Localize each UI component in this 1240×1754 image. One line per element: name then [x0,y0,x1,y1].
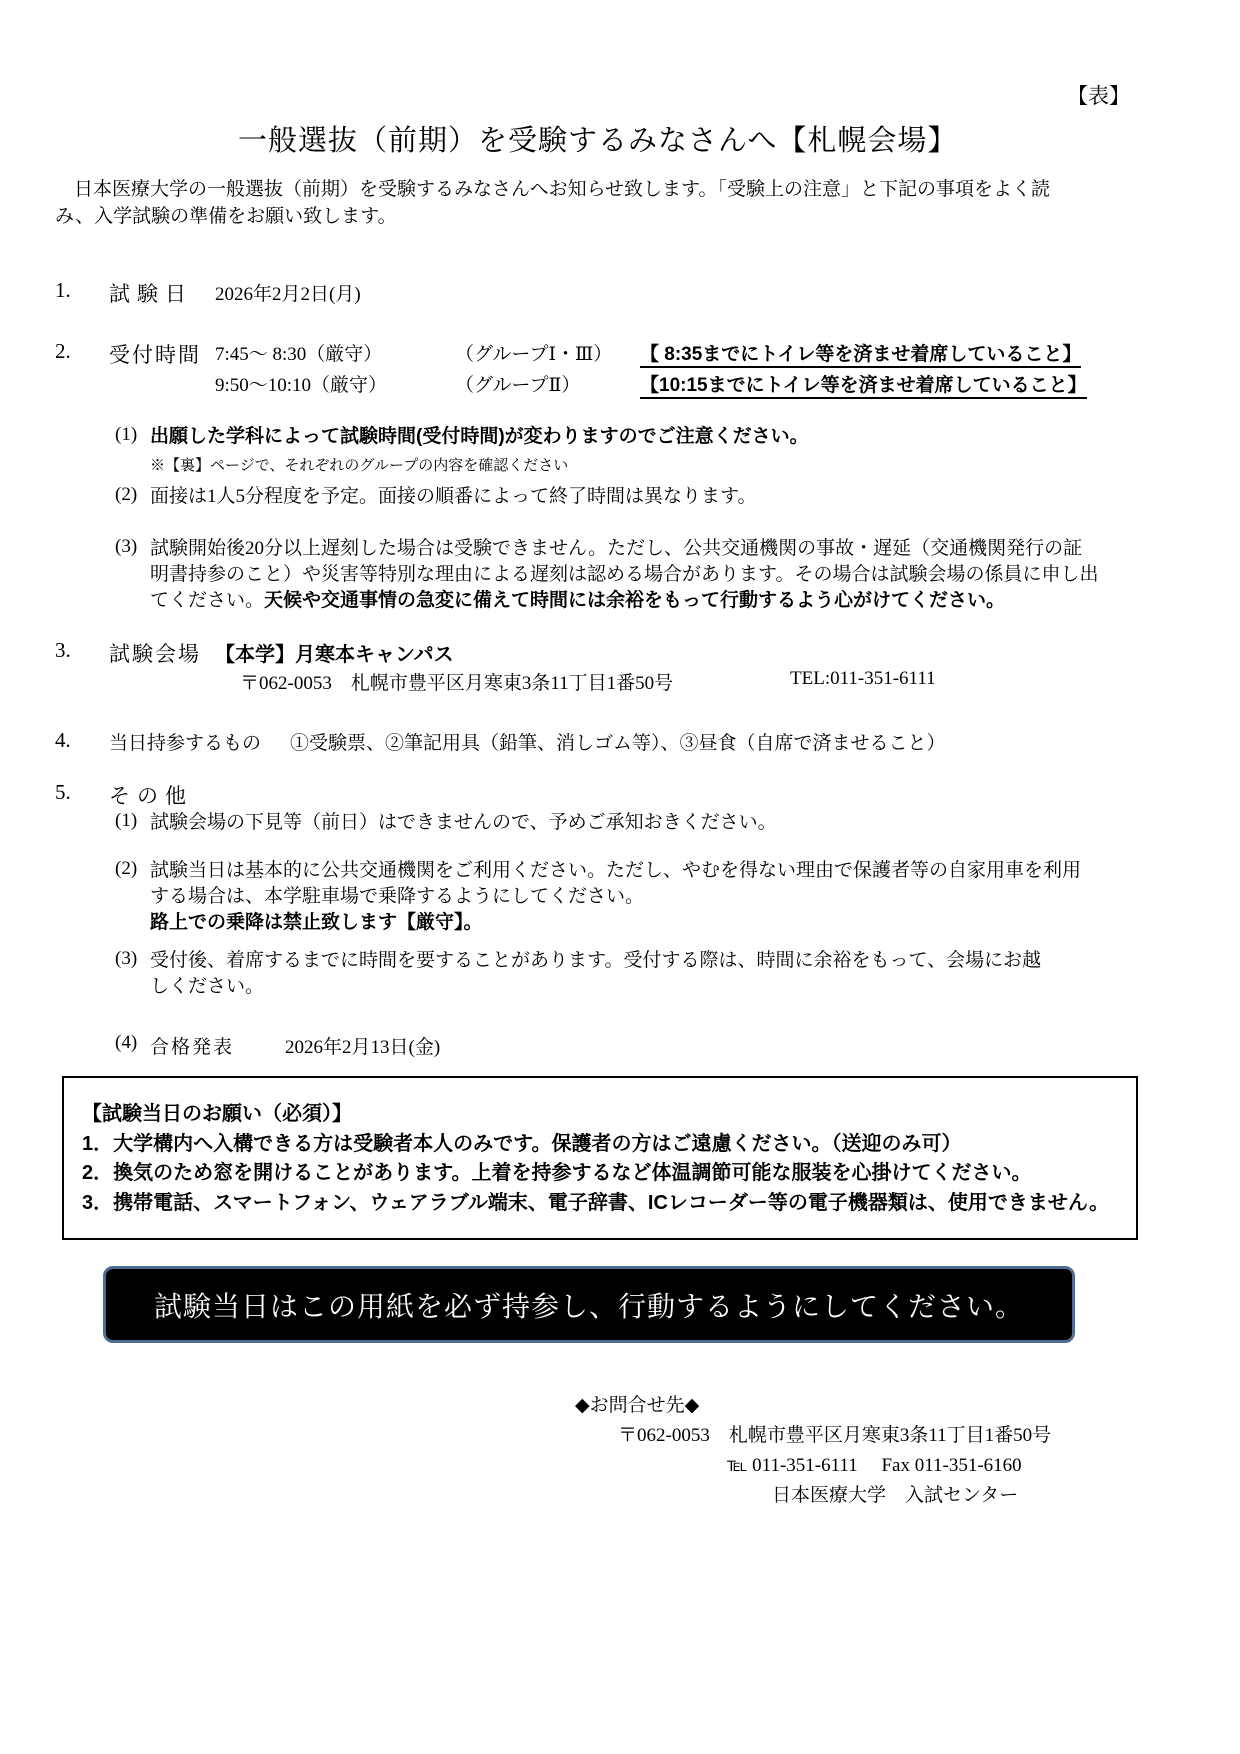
request-box-title: 【試験当日のお願い（必須）】 [82,1100,1118,1130]
venue-address: 〒062-0053 札幌市豊平区月寒東3条11丁目1番50号 [240,668,673,695]
subitem-3-bold-text: 天候や交通事情の急変に備えて時間には余裕をもって行動するよう心がけてください。 [264,590,1005,611]
exam-notice-page: 【表】 一般選抜（前期）を受験するみなさんへ【札幌会場】 日本医療大学の一般選抜… [0,0,1240,1754]
other-3-text: 受付後、着席するまでに時間を要することがあります。受付する際は、時間に余裕をもっ… [150,948,1060,1000]
reception-row-group1-3: 7:45～ 8:30（厳守）（グループⅠ・Ⅲ）【 8:35までにトイレ等を済ませ… [215,339,1087,370]
reception-subitem-2: (2)面接は1人5分程度を予定。面接の順番によって終了時間は異なります。 [115,484,1130,510]
contact-header: ◆お問合せ先◆ [575,1390,699,1417]
exam-date-value: 2026年2月2日(月) [215,279,361,306]
subitem-1-text: 出願した学科によって試験時間(受付時間)が変わりますのでご注意ください。 [150,424,1130,450]
reception-group-2: （グループⅡ） [455,370,640,401]
section-5-label: その他 [109,780,193,810]
other-4-number: (4) [115,1032,150,1054]
section-exam-date: 1. 試験日 2026年2月2日(月) [55,278,193,308]
other-subitem-2: (2)試験当日は基本的に公共交通機関をご利用ください。ただし、やむを得ない理由で… [115,858,1090,936]
other-subitem-3: (3)受付後、着席するまでに時間を要することがあります。受付する際は、時間に余裕… [115,948,1060,1000]
bring-this-sheet-banner: 試験当日はこの用紙を必ず持参し、行動するようにしてください。 [103,1266,1075,1343]
banner-text: 試験当日はこの用紙を必ず持参し、行動するようにしてください。 [154,1285,1024,1325]
reception-time-table: 7:45～ 8:30（厳守）（グループⅠ・Ⅲ）【 8:35までにトイレ等を済ませ… [215,339,1087,401]
results-date: 2026年2月13日(金) [285,1032,440,1059]
request-box-item-3: 3．携帯電話、スマートフォン、ウェアラブル端末、電子辞書、ICレコーダー等の電子… [82,1189,1118,1219]
intro-paragraph: 日本医療大学の一般選抜（前期）を受験するみなさんへお知らせ致します。「受験上の注… [55,176,1085,230]
venue-name: 【本学】月寒本キャンパス [215,638,454,667]
section-5-number: 5. [55,780,105,805]
group-detail-note: ※【裏】ページで、それぞれのグループの内容を確認ください [150,454,568,475]
reception-row-group2: 9:50～10:10（厳守）（グループⅡ）【10:15までにトイレ等を済ませ着席… [215,370,1087,401]
contact-organization: 日本医療大学 入試センター [772,1480,1018,1507]
contact-tel-fax: ℡ 011-351-6111 Fax 011-351-6160 [727,1450,1022,1477]
exam-day-request-box: 【試験当日のお願い（必須）】 1．大学構内へ入構できる方は受験者本人のみです。保… [62,1076,1138,1240]
subitem-3-number: (3) [115,536,150,558]
items-to-bring-list: ①受験票、②筆記用具（鉛筆、消しゴム等）、③昼食（自席で済ませること） [290,728,946,755]
corner-label: 【表】 [1067,80,1130,110]
section-items-to-bring: 4. 当日持参するもの ①受験票、②筆記用具（鉛筆、消しゴム等）、③昼食（自席で… [55,728,261,755]
section-4-label: 当日持参するもの [109,728,261,755]
reception-subitem-3: (3)試験開始後20分以上遅刻した場合は受験できません。ただし、公共交通機関の事… [115,536,1100,614]
reception-time-2: 9:50～10:10（厳守） [215,370,455,401]
section-other: 5. その他 [55,780,193,810]
other-1-text: 試験会場の下見等（前日）はできませんので、予めご承知おきください。 [150,810,1130,836]
contact-address: 〒062-0053 札幌市豊平区月寒東3条11丁目1番50号 [618,1420,1051,1447]
other-1-number: (1) [115,810,150,832]
other-2-text: 試験当日は基本的に公共交通機関をご利用ください。ただし、やむを得ない理由で保護者… [150,860,1081,907]
section-4-number: 4. [55,728,105,753]
section-1-label: 試験日 [109,278,193,308]
results-label: 合格発表 [150,1032,234,1059]
section-3-number: 3. [55,638,105,663]
page-title: 一般選抜（前期）を受験するみなさんへ【札幌会場】 [238,118,957,159]
section-3-label: 試験会場 [109,638,201,668]
section-2-label: 受付時間 [109,339,201,369]
request-box-item-1: 1．大学構内へ入構できる方は受験者本人のみです。保護者の方はご遠慮ください。（送… [82,1130,1118,1160]
venue-phone: TEL:011-351-6111 [790,668,936,690]
other-2-bold-text: 路上での乗降は禁止致します【厳守】。 [150,912,483,933]
subitem-2-number: (2) [115,484,150,506]
reception-group-1: （グループⅠ・Ⅲ） [455,339,640,370]
other-2-number: (2) [115,858,150,880]
other-subitem-1: (1)試験会場の下見等（前日）はできませんので、予めご承知おきください。 [115,810,1130,836]
subitem-2-text: 面接は1人5分程度を予定。面接の順番によって終了時間は異なります。 [150,484,1130,510]
request-box-item-2: 2．換気のため窓を開けることがあります。上着を持参するなど体温調節可能な服装を心… [82,1159,1118,1189]
section-exam-venue: 3. 試験会場 【本学】月寒本キャンパス [55,638,201,668]
section-reception-time: 2. 受付時間 [55,339,201,369]
section-1-number: 1. [55,278,105,303]
reception-subitem-1: (1)出願した学科によって試験時間(受付時間)が変わりますのでご注意ください。 [115,424,1130,450]
other-3-number: (3) [115,948,150,970]
reception-time-1: 7:45～ 8:30（厳守） [215,339,455,370]
seating-deadline-notice-2: 【10:15までにトイレ等を済ませ着席していること】 [640,375,1087,399]
subitem-1-number: (1) [115,424,150,446]
other-subitem-4-results: (4)合格発表 2026年2月13日(金) [115,1032,234,1059]
section-2-number: 2. [55,339,105,364]
seating-deadline-notice-1: 【 8:35までにトイレ等を済ませ着席していること】 [640,344,1081,368]
